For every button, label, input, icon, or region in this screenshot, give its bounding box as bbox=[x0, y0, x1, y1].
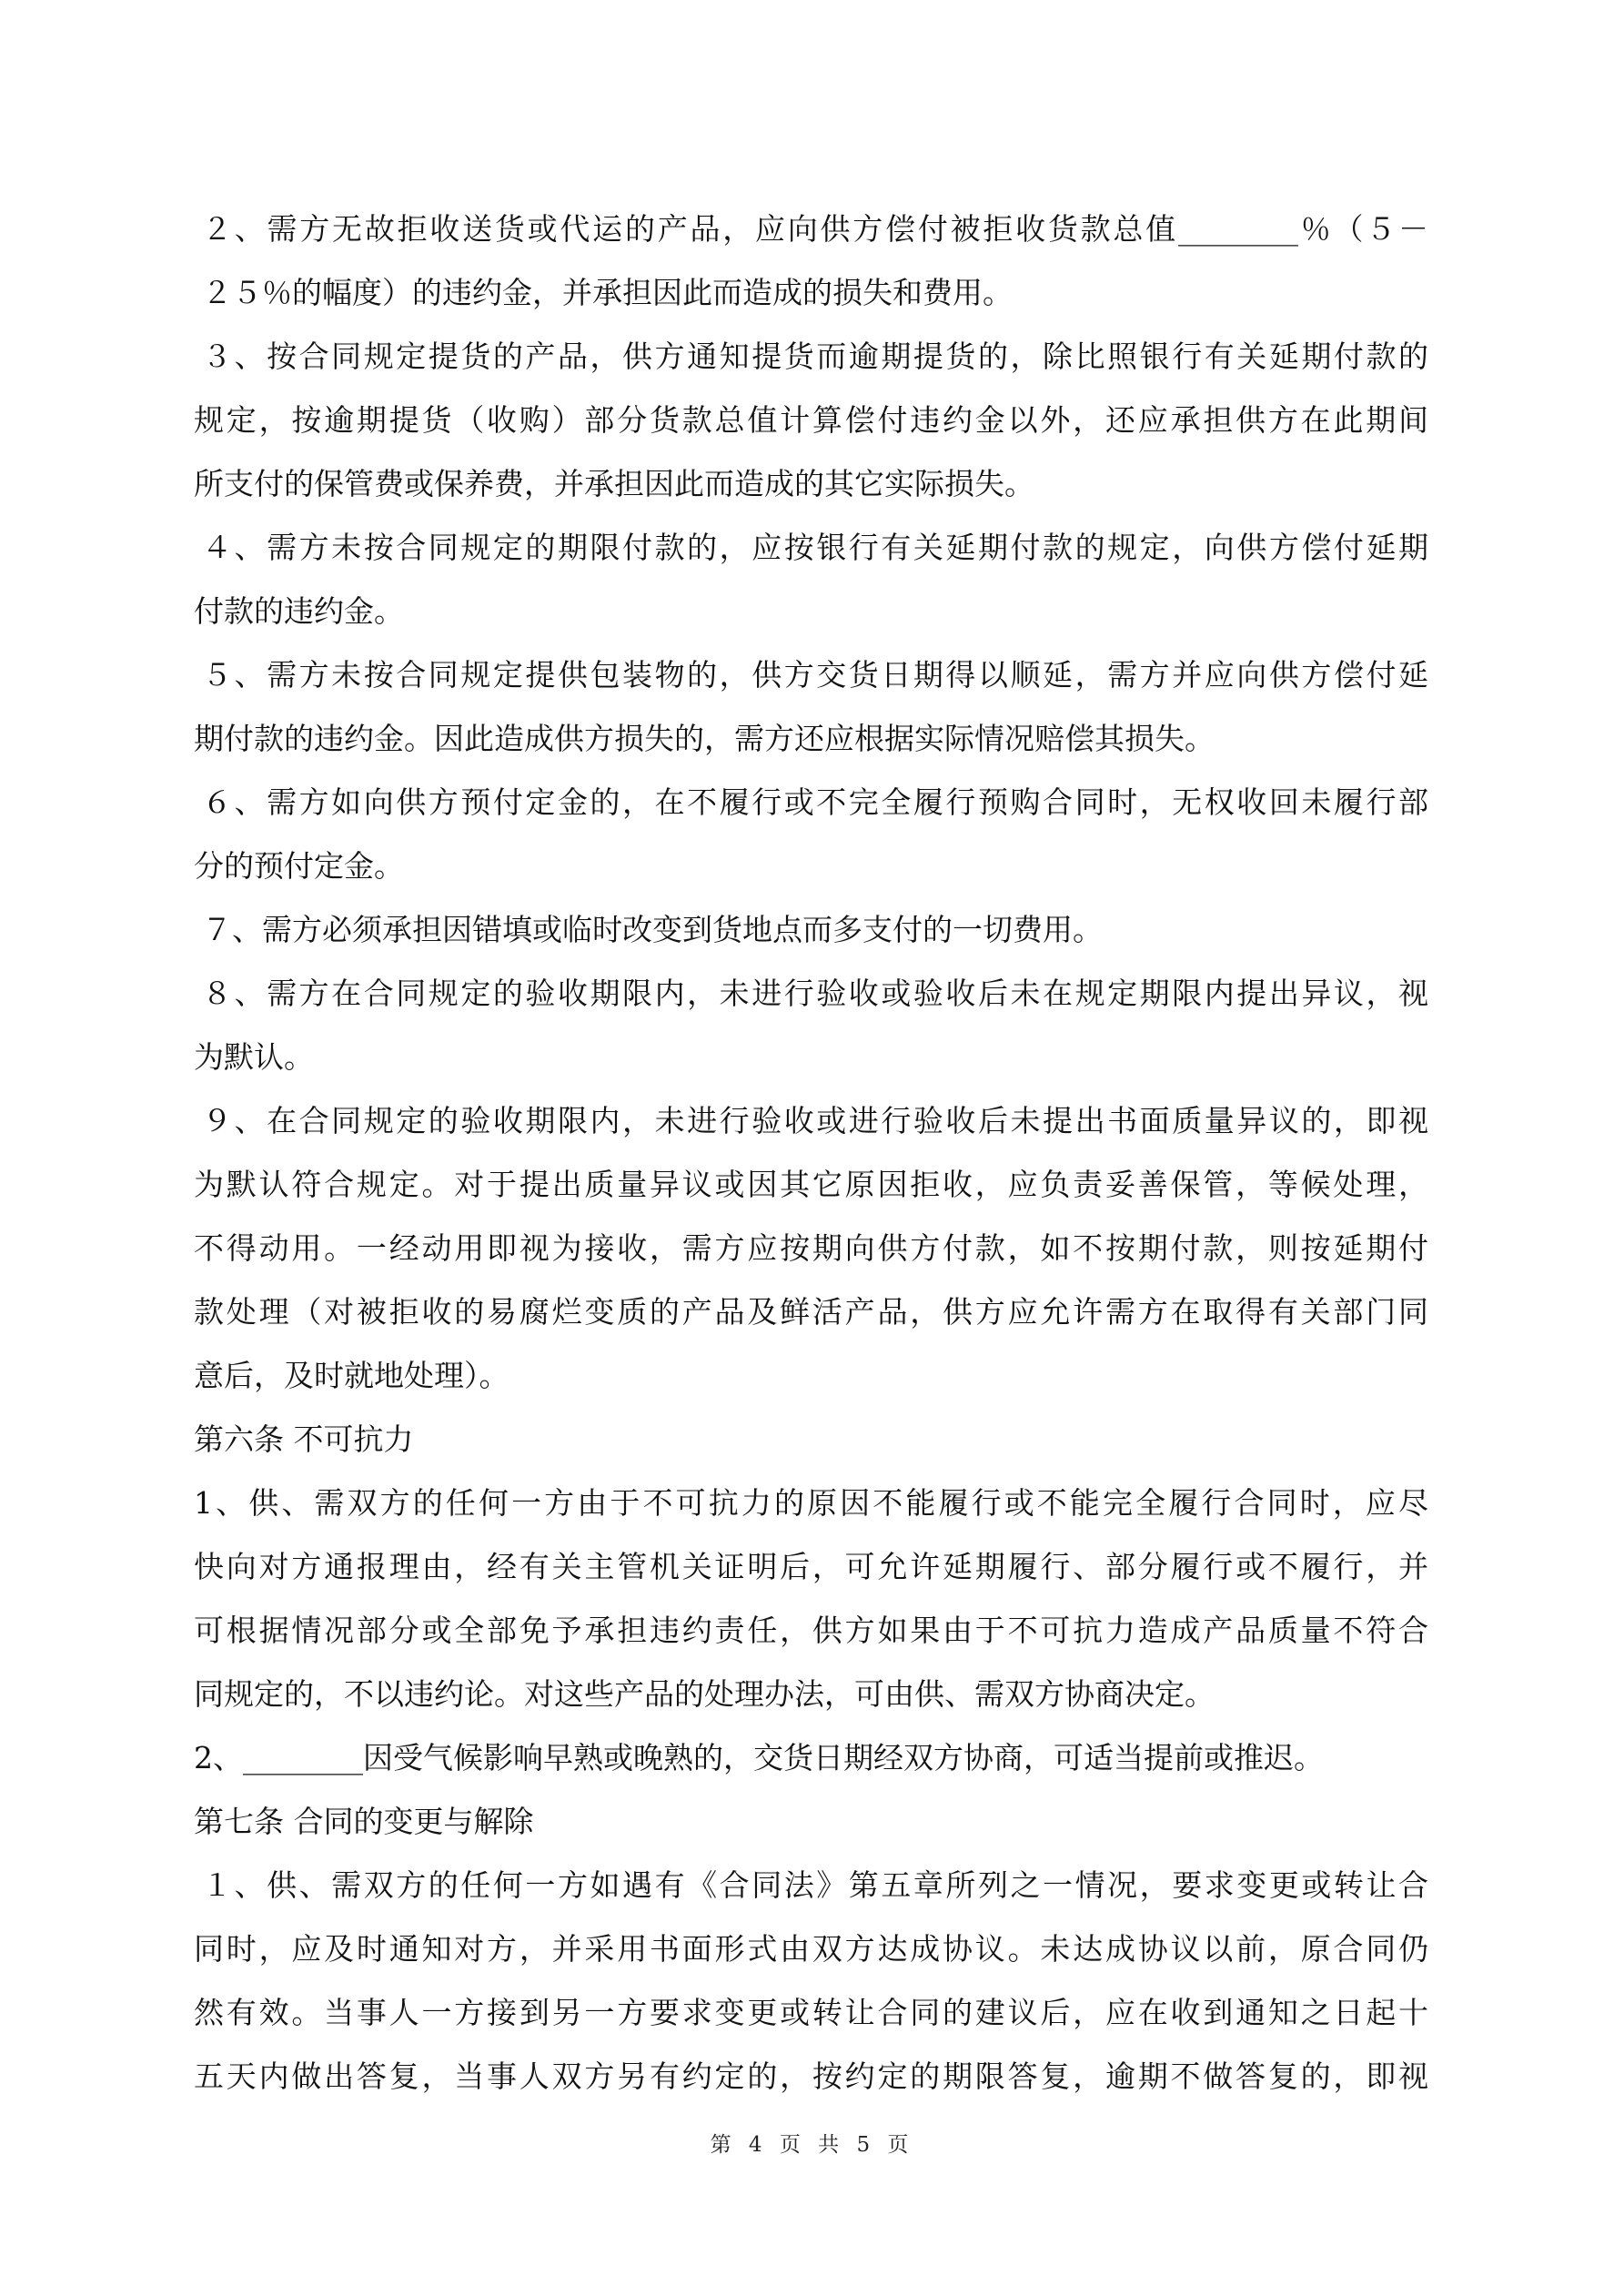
text-line: ８、需方在合同规定的验收期限内，未进行验收或验收后未在规定期限内提出异议，视 bbox=[202, 976, 1428, 1012]
text-line: 不得动用。一经动用即视为接收，需方应按期向供方付款，如不按期付款，则按延期付 bbox=[194, 1230, 1428, 1267]
page-footer: 第 4 页 共 5 页 bbox=[0, 2131, 1624, 2159]
text-line: 同时，应及时通知对方，并采用书面形式由双方达成协议。未达成协议以前，原合同仍 bbox=[194, 1931, 1428, 1967]
text-line: 然有效。当事人一方接到另一方要求变更或转让合同的建议后，应在收到通知之日起十 bbox=[194, 1995, 1428, 2031]
text-line: 规定，按逾期提货（收购）部分货款总值计算偿付违约金以外，还应承担供方在此期间 bbox=[194, 402, 1428, 439]
text-line: 意后，及时就地处理）。 bbox=[194, 1358, 1428, 1394]
text-line: ９、在合同规定的验收期限内，未进行验收或进行验收后未提出书面质量异议的，即视 bbox=[202, 1103, 1428, 1139]
text-line: 款处理（对被拒收的易腐烂变质的产品及鲜活产品，供方应允许需方在取得有关部门同 bbox=[194, 1294, 1428, 1330]
text-line: ７、需方必须承担因错填或临时改变到货地点而多支付的一切费用。 bbox=[202, 912, 1428, 948]
text-line: 五天内做出答复，当事人双方另有约定的，按约定的期限答复，逾期不做答复的，即视 bbox=[194, 2058, 1428, 2095]
text-line: ２、需方无故拒收送货或代运的产品，应向供方偿付被拒收货款总值________％（… bbox=[202, 211, 1428, 248]
text-line: 付款的违约金。 bbox=[194, 593, 1428, 630]
text-line: 为默认符合规定。对于提出质量异议或因其它原因拒收，应负责妥善保管，等候处理， bbox=[194, 1167, 1428, 1203]
document-page: ２、需方无故拒收送货或代运的产品，应向供方偿付被拒收货款总值________％（… bbox=[0, 0, 1624, 2296]
section-heading: 第七条 合同的变更与解除 bbox=[194, 1804, 1428, 1840]
text-line: 为默认。 bbox=[194, 1039, 1428, 1076]
text-line: ２５％的幅度）的违约金，并承担因此而造成的损失和费用。 bbox=[202, 275, 1428, 311]
text-line: 可根据情况部分或全部免予承担违约责任，供方如果由于不可抗力造成产品质量不符合 bbox=[194, 1613, 1428, 1649]
text-line: ４、需方未按合同规定的期限付款的，应按银行有关延期付款的规定，向供方偿付延期 bbox=[202, 530, 1428, 566]
text-line: ３、按合同规定提货的产品，供方通知提货而逾期提货的，除比照银行有关延期付款的 bbox=[202, 339, 1428, 375]
text-line: １、供、需双方的任何一方如遇有《合同法》第五章所列之一情况，要求变更或转让合 bbox=[202, 1867, 1428, 1904]
text-line: 快向对方通报理由，经有关主管机关证明后，可允许延期履行、部分履行或不履行，并 bbox=[194, 1549, 1428, 1585]
text-line: 1、供、需双方的任何一方由于不可抗力的原因不能履行或不能完全履行合同时，应尽 bbox=[194, 1485, 1428, 1522]
text-line: 2、________因受气候影响早熟或晚熟的，交货日期经双方协商，可适当提前或推… bbox=[194, 1740, 1428, 1776]
text-line: ６、需方如向供方预付定金的，在不履行或不完全履行预购合同时，无权收回未履行部 bbox=[202, 784, 1428, 821]
text-line: 分的预付定金。 bbox=[194, 848, 1428, 885]
text-line: 所支付的保管费或保养费，并承担因此而造成的其它实际损失。 bbox=[194, 466, 1428, 502]
text-line: 期付款的违约金。因此造成供方损失的，需方还应根据实际情况赔偿其损失。 bbox=[194, 721, 1428, 757]
text-line: 同规定的，不以违约论。对这些产品的处理办法，可由供、需双方协商决定。 bbox=[194, 1676, 1428, 1713]
section-heading: 第六条 不可抗力 bbox=[194, 1421, 1428, 1458]
text-line: ５、需方未按合同规定提供包装物的，供方交货日期得以顺延，需方并应向供方偿付延 bbox=[202, 657, 1428, 693]
